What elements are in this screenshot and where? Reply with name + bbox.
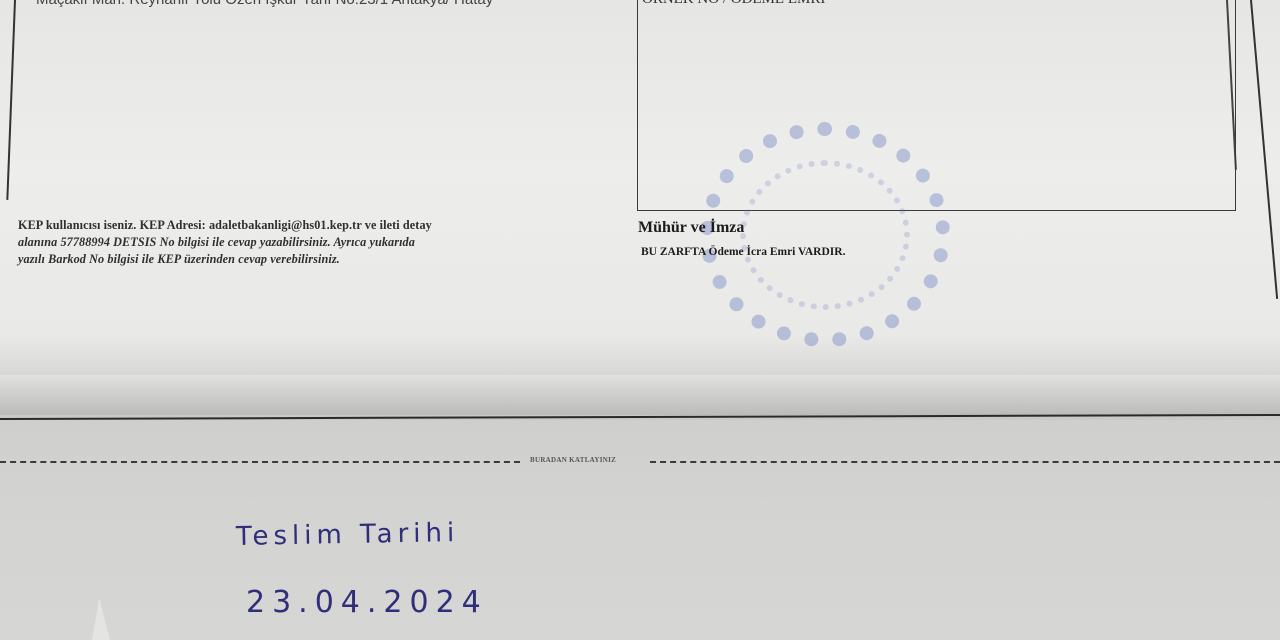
fold-dashed-line-left [0, 461, 520, 463]
official-stamp-inner-ring [740, 160, 910, 310]
sender-address: Maçaklı Mah. Reyhanlı Yolu Özen İşkur Ya… [36, 0, 493, 8]
kep-notice-line1-suffix: ve ileti detay [362, 218, 432, 232]
envelope-lower-panel [0, 420, 1280, 640]
kep-notice: KEP kullanıcısı iseniz. KEP Adresi: adal… [18, 217, 588, 268]
kep-notice-line2: alanına 57788994 DETSIS No bilgisi ile c… [18, 235, 415, 249]
fold-instruction: BURADAN KATLAYINIZ [530, 456, 616, 464]
envelope-content-note: BU ZARFTA Ödeme İcra Emri VARDIR. [641, 246, 845, 258]
handwritten-delivery-date: 23.04.2024 [246, 585, 488, 620]
kep-notice-line3: yazılı Barkod No bilgisi ile KEP üzerind… [18, 252, 340, 266]
kep-notice-line1-prefix: KEP kullanıcısı iseniz. KEP Adresi: [18, 218, 209, 232]
kep-address: adaletbakanligi@hs01.kep.tr [209, 218, 362, 232]
seal-signature-title: Mühür ve İmza [638, 219, 744, 237]
fold-dashed-line-right [650, 461, 1280, 463]
order-number-box-title: ÖRNEK NO / ÖDEME EMRİ [642, 0, 825, 8]
paper-crease [0, 375, 1280, 415]
handwritten-delivery-label: Teslim Tarihi [236, 518, 460, 552]
